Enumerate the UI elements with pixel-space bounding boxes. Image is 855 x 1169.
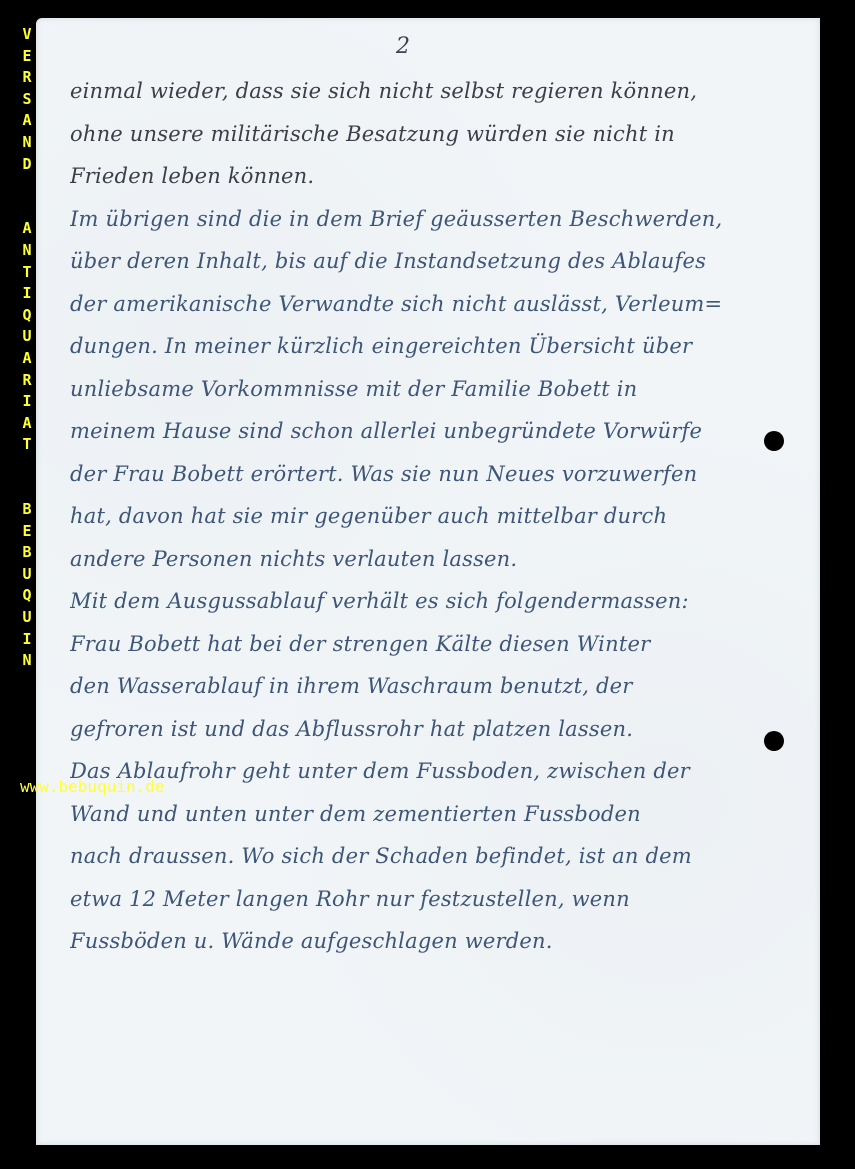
- watermark-letter: S: [22, 89, 31, 111]
- text-line: der Frau Bobett erörtert. Was sie nun Ne…: [70, 453, 820, 496]
- watermark-letter: I: [22, 283, 31, 305]
- watermark-letter: U: [22, 607, 31, 629]
- punch-hole: [764, 731, 784, 751]
- text-line: dungen. In meiner kürzlich eingereichten…: [70, 325, 820, 368]
- watermark-letter: B: [22, 499, 31, 521]
- watermark-letter: I: [22, 629, 31, 651]
- watermark-letter: U: [22, 564, 31, 586]
- text-line: Das Ablaufrohr geht unter dem Fussboden,…: [70, 750, 820, 793]
- watermark-letter: T: [22, 434, 31, 456]
- watermark-letter: D: [22, 154, 31, 176]
- watermark-letter: N: [22, 650, 31, 672]
- text-line: ohne unsere militärische Besatzung würde…: [70, 113, 820, 156]
- watermark-letter: N: [22, 132, 31, 154]
- letter-page: 2 einmal wieder, dass sie sich nicht sel…: [36, 18, 820, 1145]
- punch-hole: [764, 431, 784, 451]
- watermark-letter: V: [22, 24, 31, 46]
- text-line: unliebsame Vorkommnisse mit der Familie …: [70, 368, 820, 411]
- text-line: meinem Hause sind schon allerlei unbegrü…: [70, 410, 820, 453]
- watermark-letter: R: [22, 370, 31, 392]
- text-line: der amerikanische Verwandte sich nicht a…: [70, 283, 820, 326]
- watermark-letter: B: [22, 542, 31, 564]
- watermark-letter: A: [22, 110, 31, 132]
- watermark-letter: T: [22, 262, 31, 284]
- text-line: Fussböden u. Wände aufgeschlagen werden.: [70, 920, 820, 963]
- vertical-watermark: V E R S A N D A N T I Q U A R I A T B E …: [18, 24, 36, 672]
- text-line: Im übrigen sind die in dem Brief geäusse…: [70, 198, 820, 241]
- text-line: gefroren ist und das Abflussrohr hat pla…: [70, 708, 820, 751]
- watermark-letter: I: [22, 391, 31, 413]
- watermark-letter: Q: [22, 305, 31, 327]
- watermark-letter: E: [22, 46, 31, 68]
- watermark-letter: U: [22, 326, 31, 348]
- watermark-letter: N: [22, 240, 31, 262]
- text-line: über deren Inhalt, bis auf die Instandse…: [70, 240, 820, 283]
- text-line: den Wasserablauf in ihrem Waschraum benu…: [70, 665, 820, 708]
- watermark-url: www.bebuquin.de: [20, 777, 165, 796]
- text-line: Mit dem Ausgussablauf verhält es sich fo…: [70, 580, 820, 623]
- text-line: etwa 12 Meter langen Rohr nur festzustel…: [70, 878, 820, 921]
- watermark-letter: Q: [22, 585, 31, 607]
- watermark-letter: A: [22, 218, 31, 240]
- text-line: hat, davon hat sie mir gegenüber auch mi…: [70, 495, 820, 538]
- text-line: Frieden leben können.: [70, 155, 820, 198]
- text-line: nach draussen. Wo sich der Schaden befin…: [70, 835, 820, 878]
- text-line: Wand und unten unter dem zementierten Fu…: [70, 793, 820, 836]
- watermark-letter: A: [22, 413, 31, 435]
- watermark-letter: A: [22, 348, 31, 370]
- watermark-letter: E: [22, 521, 31, 543]
- text-line: andere Personen nichts verlauten lassen.: [70, 538, 820, 581]
- watermark-letter: R: [22, 67, 31, 89]
- page-number: 2: [396, 34, 410, 59]
- handwritten-text-body: einmal wieder, dass sie sich nicht selbs…: [70, 70, 820, 963]
- text-line: Frau Bobett hat bei der strengen Kälte d…: [70, 623, 820, 666]
- text-line: einmal wieder, dass sie sich nicht selbs…: [70, 70, 820, 113]
